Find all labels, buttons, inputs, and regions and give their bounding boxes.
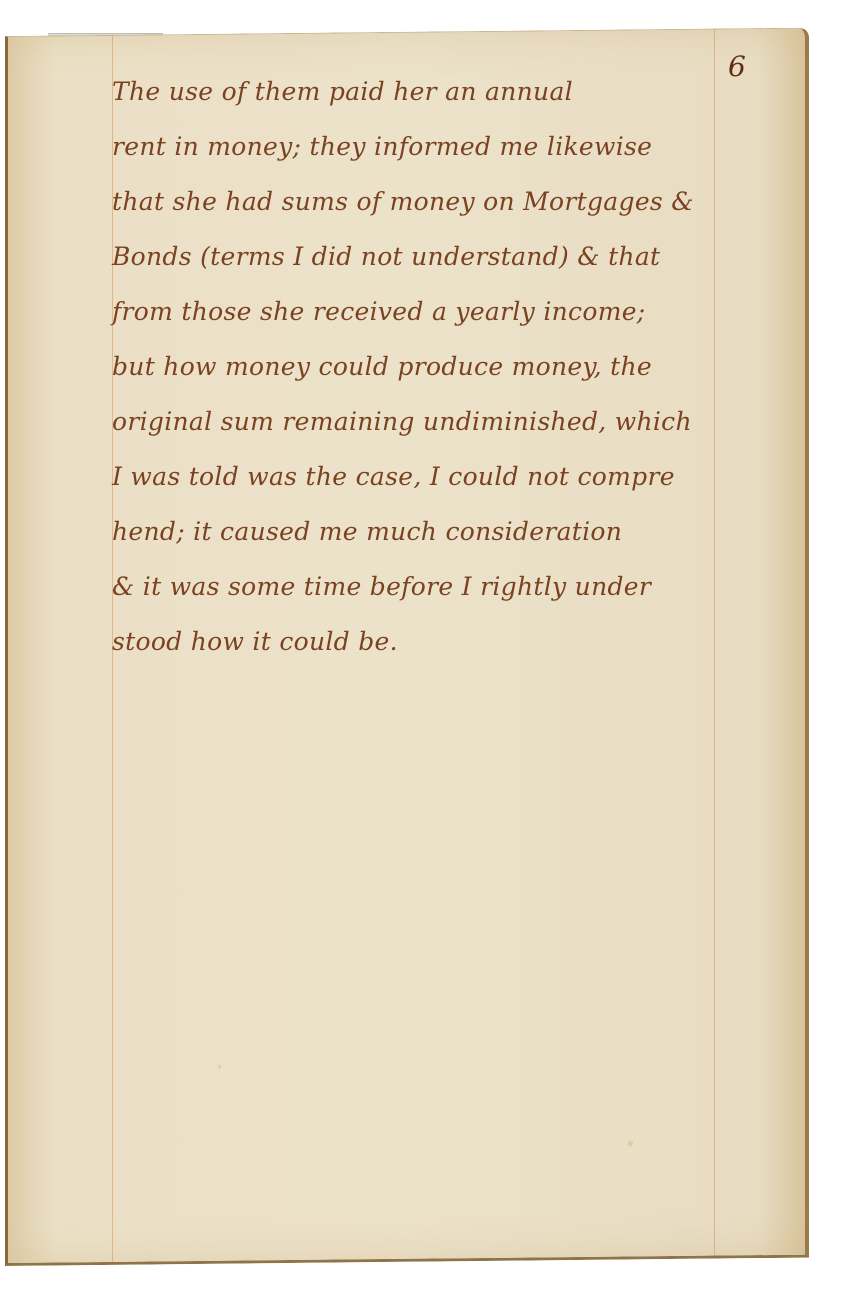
- text-line: rent in money; they informed me likewise: [112, 119, 752, 174]
- text-line: original sum remaining undiminished, whi…: [112, 394, 752, 449]
- text-line: from those she received a yearly income;: [112, 284, 752, 339]
- ink-spot: [628, 1140, 633, 1146]
- text-line: hend; it caused me much consideration: [112, 504, 752, 559]
- handwritten-text: The use of them paid her an annual rent …: [112, 64, 752, 669]
- text-line: Bonds (terms I did not understand) & tha…: [112, 229, 752, 284]
- text-line: that she had sums of money on Mortgages …: [112, 174, 752, 229]
- text-line: & it was some time before I rightly unde…: [112, 559, 752, 614]
- text-line: stood how it could be.: [112, 614, 752, 669]
- text-line: I was told was the case, I could not com…: [112, 449, 752, 504]
- text-line: but how money could produce money, the: [112, 339, 752, 394]
- text-line: The use of them paid her an annual: [112, 64, 752, 119]
- ink-spot: [218, 1065, 221, 1069]
